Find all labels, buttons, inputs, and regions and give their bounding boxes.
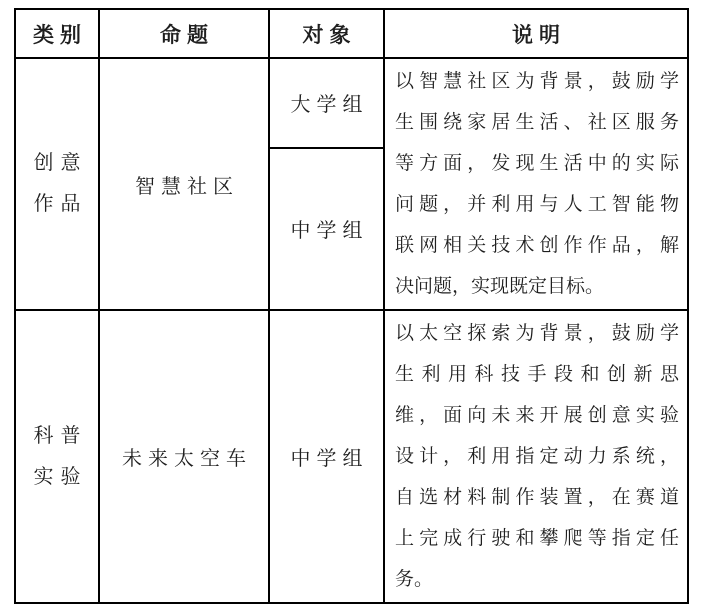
header-cell-category: 类别 [15, 9, 99, 58]
document-page: 类别 命题 对象 说明 创意作品 智慧社区 大学组 以智慧社区为背景，鼓励学生围… [0, 0, 702, 609]
cell-description-future-space-vehicle: 以太空探索为背景，鼓励学生利用科技手段和创新思维，面向未来开展创意实验设计，利用… [384, 310, 688, 603]
text-line: 生利用科技手段和创新思 [395, 354, 679, 395]
text-line: 维，面向未来开展创意实验 [395, 395, 679, 436]
text-line: 以太空探索为背景，鼓励学 [395, 313, 679, 354]
cell-topic-future-space-vehicle: 未来太空车 [99, 310, 269, 603]
cell-group-university: 大学组 [269, 58, 384, 148]
categories-table: 类别 命题 对象 说明 创意作品 智慧社区 大学组 以智慧社区为背景，鼓励学生围… [14, 8, 689, 604]
text-line: 决问题，实现既定目标。 [395, 266, 679, 307]
cell-group-middle-school-1: 中学组 [269, 148, 384, 310]
text-line: 上完成行驶和攀爬等指定任 [395, 518, 679, 559]
text-line: 自选材料制作装置，在赛道 [395, 477, 679, 518]
text-line: 问题，并利用与人工智能物 [395, 184, 679, 225]
cell-topic-smart-community: 智慧社区 [99, 58, 269, 310]
text-line: 以智慧社区为背景，鼓励学 [395, 61, 679, 102]
text-line: 等方面，发现生活中的实际 [395, 143, 679, 184]
text-line: 作品 [16, 184, 98, 225]
text-line: 设计，利用指定动力系统， [395, 436, 679, 477]
table-row: 创意作品 智慧社区 大学组 以智慧社区为背景，鼓励学生围绕家居生活、社区服务等方… [15, 58, 688, 148]
cell-description-smart-community: 以智慧社区为背景，鼓励学生围绕家居生活、社区服务等方面，发现生活中的实际问题，并… [384, 58, 688, 310]
table-row: 科普实验 未来太空车 中学组 以太空探索为背景，鼓励学生利用科技手段和创新思维，… [15, 310, 688, 603]
cell-group-middle-school-2: 中学组 [269, 310, 384, 603]
text-line: 科普 [16, 416, 98, 457]
text-line: 联网相关技术创作作品，解 [395, 225, 679, 266]
cell-category-creative-works: 创意作品 [15, 58, 99, 310]
text-line: 务。 [395, 559, 679, 600]
cell-category-science-experiment: 科普实验 [15, 310, 99, 603]
text-line: 实验 [16, 457, 98, 498]
header-cell-group: 对象 [269, 9, 384, 58]
header-cell-description: 说明 [384, 9, 688, 58]
text-line: 创意 [16, 143, 98, 184]
header-row: 类别 命题 对象 说明 [15, 9, 688, 58]
header-cell-topic: 命题 [99, 9, 269, 58]
text-line: 生围绕家居生活、社区服务 [395, 102, 679, 143]
